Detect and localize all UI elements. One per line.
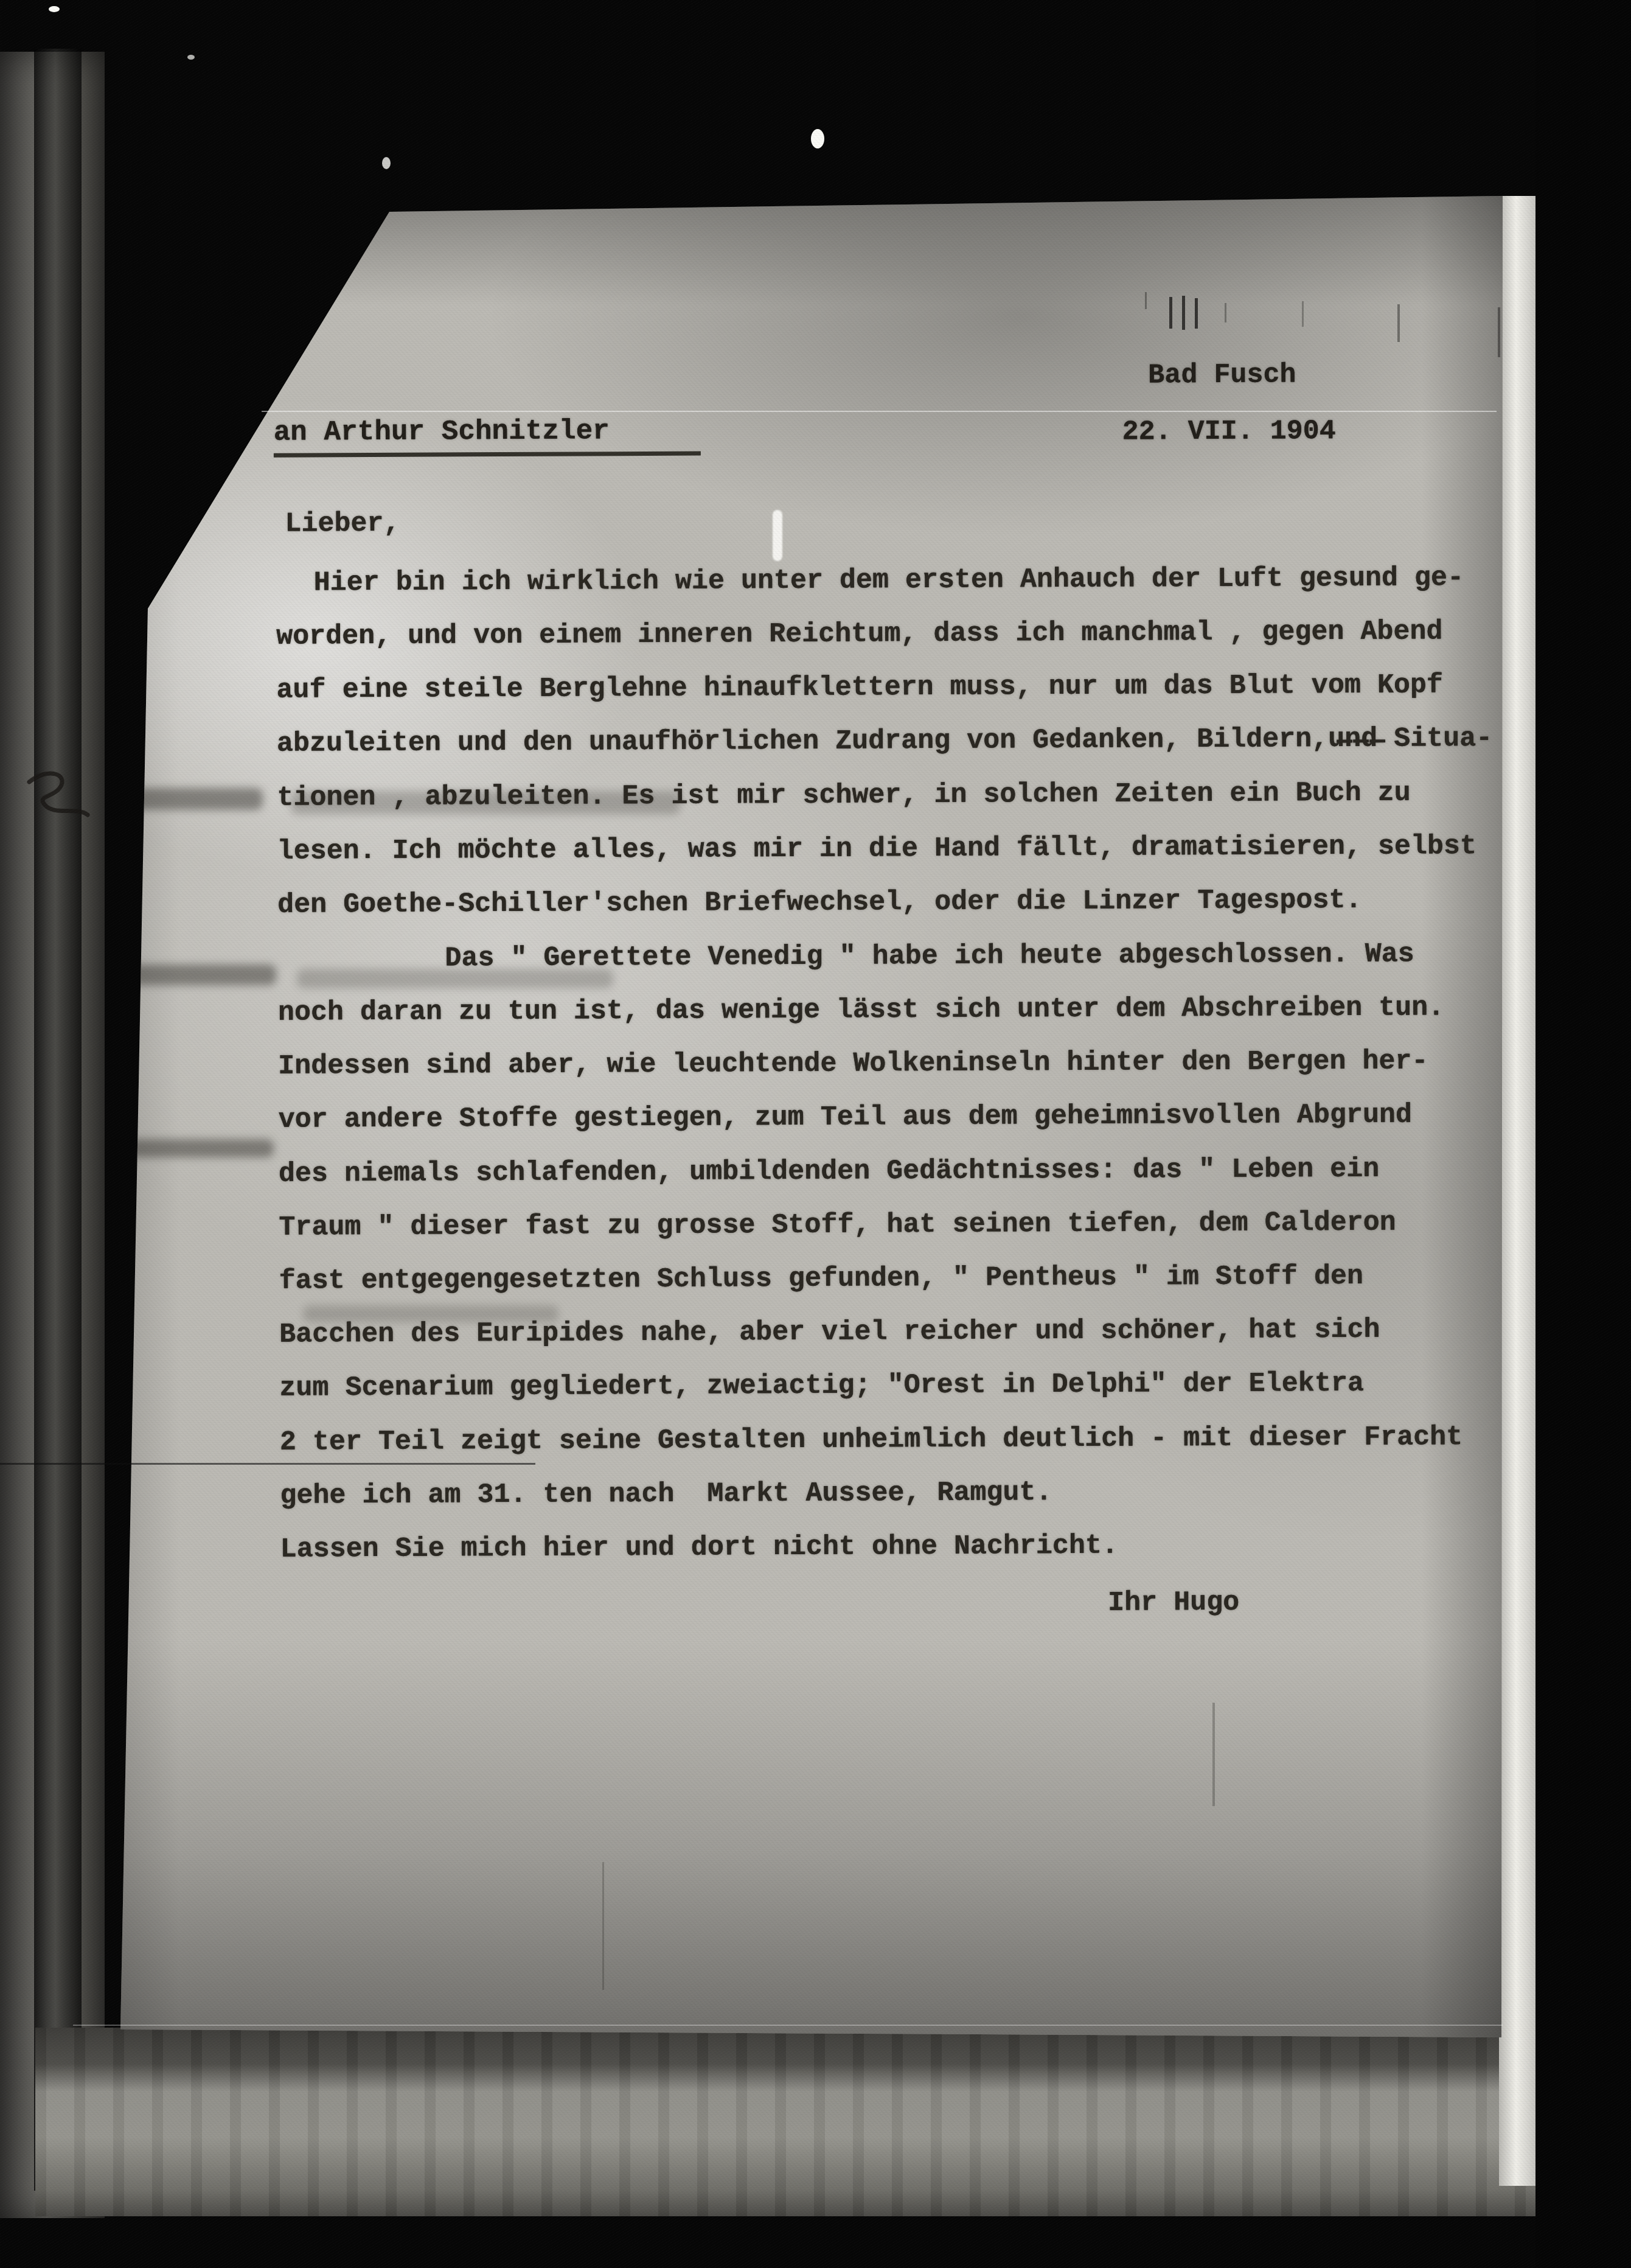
closing-line: Lassen Sie mich hier und dort nicht ohne… [280,1530,1118,1566]
body-line: lesen. Ich möchte alles, was mir in die … [277,831,1477,868]
body-line: fast entgegengesetzten Schluss gefunden,… [279,1261,1364,1297]
tick-mark [1225,303,1226,323]
dateline-date: 22. VII. 1904 [1122,416,1336,448]
white-scratch-line [262,411,1497,412]
page-right-bright-edge [1499,196,1537,2186]
body-line: den Goethe-Schiller'schen Briefwechsel, … [277,885,1362,921]
signature: Ihr Hugo [1108,1587,1239,1619]
body-line: noch daran zu tun ist, das wenige lässt … [278,992,1445,1028]
body-line: Das " Gerettete Venedig " habe ich heute… [445,938,1414,974]
tick-mark [1169,297,1172,329]
body-line: abzuleiten und den unaufhörlichen Zudran… [277,723,1493,760]
body-line: 2 ter Teil zeigt seine Gestalten unheiml… [280,1422,1463,1458]
recipient-line: an Arthur Schnitzler [274,415,701,458]
body-line: worden, und von einem inneren Reichtum, … [276,616,1443,652]
letter-text-layer: Bad Fusch an Arthur Schnitzler 22. VII. … [69,179,1514,2079]
body-line: Bacchen des Euripides nahe, aber viel re… [279,1314,1380,1351]
tick-mark [1498,307,1500,357]
white-emulsion-scratch [773,510,782,561]
letter-page: Bad Fusch an Arthur Schnitzler 22. VII. … [72,183,1508,2076]
dark-scratch-line [0,1463,535,1465]
body-line: zum Scenarium gegliedert, zweiactig; "Or… [279,1368,1364,1404]
film-fold-streak [34,49,82,2191]
scanned-letter-photograph: Bad Fusch an Arthur Schnitzler 22. VII. … [0,0,1631,2268]
tick-mark [1145,292,1147,309]
body-line: tionen , abzuleiten. Es ist mir schwer, … [277,778,1411,814]
body-line: auf eine steile Berglehne hinaufklettern… [276,669,1443,706]
body-line: Traum " dieser fast zu grosse Stoff, hat… [279,1207,1396,1244]
film-speck [187,55,195,60]
tick-mark [1302,301,1304,327]
film-speck [811,129,824,148]
film-right-band [1535,0,1631,2268]
tick-mark [1182,296,1185,330]
tick-mark [1397,304,1400,342]
film-speck [382,157,391,169]
salutation: Lieber, [285,508,400,540]
film-speck [49,6,60,12]
body-line: gehe ich am 31. ten nach Markt Aussee, R… [280,1477,1052,1512]
vertical-scratch [602,1862,604,1990]
background-below-page [35,2028,1537,2216]
white-scratch-line [73,2025,1503,2026]
vertical-scratch [1212,1703,1215,1806]
handwritten-mark [24,764,110,837]
body-line: vor andere Stoffe gestiegen, zum Teil au… [279,1100,1413,1136]
body-line: Hier bin ich wirklich wie unter dem erst… [314,562,1464,599]
body-line: Indessen sind aber, wie leuchtende Wolke… [278,1045,1428,1082]
tick-mark [1195,298,1198,329]
dateline-place: Bad Fusch [1148,359,1296,391]
body-line: des niemals schlafenden, umbildenden Ged… [279,1154,1380,1190]
